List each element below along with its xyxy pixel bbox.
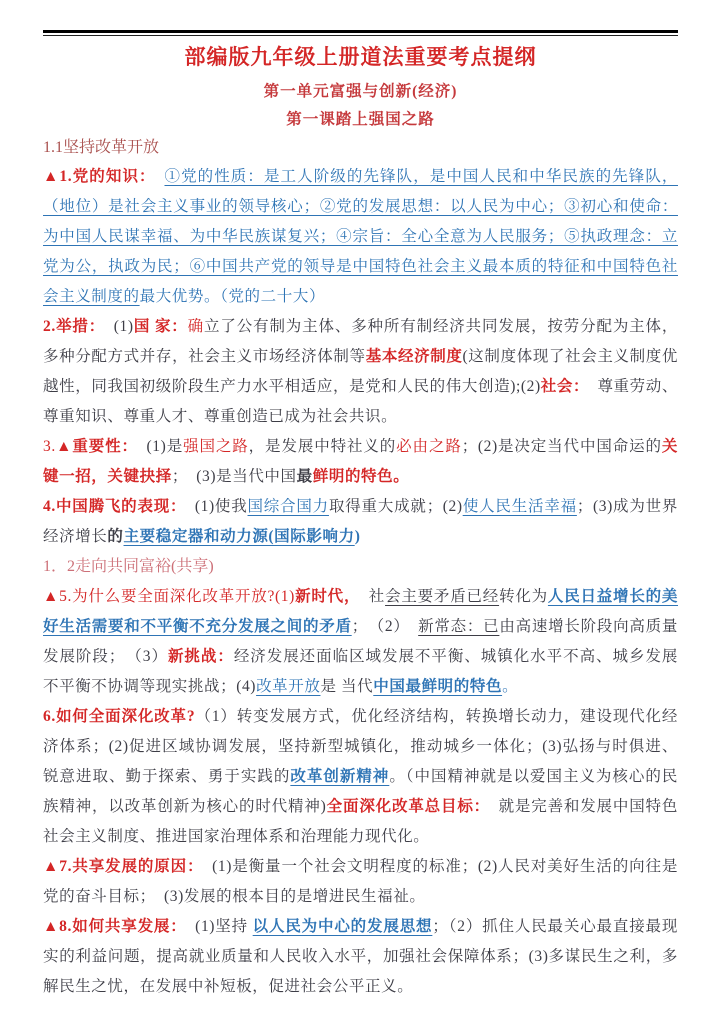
text-run: 重要性： [72, 438, 130, 455]
section-heading-1-2: 1．2走向共同富裕(共享) [43, 552, 678, 582]
text-run: 社会： [541, 378, 582, 395]
text-run: ▲7.共享发展的原因： [43, 858, 196, 875]
text-run: ，是发展中特社义的 [249, 438, 397, 455]
document-content: 部编版九年级上册道法重要考点提纲第一单元富强与创新(经济)第一课踏上强国之路1.… [43, 30, 678, 1002]
text-run: ▲1.党的知识： [43, 168, 148, 185]
text-run: 最大优势。（党的二十大） [140, 288, 325, 305]
text-run: 4.中国腾飞的表现： [43, 498, 179, 515]
text-run: 改革开放 [256, 678, 320, 695]
text-run: 确 [188, 318, 204, 335]
point-7-shared-development-reason: ▲7.共享发展的原因： (1)是衡量一个社会文明程度的标准；(2)人民对美好生活… [43, 852, 678, 912]
lesson-heading: 第一课踏上强国之路 [43, 106, 678, 134]
document-page: 部编版九年级上册道法重要考点提纲第一单元富强与创新(经济)第一课踏上强国之路1.… [0, 0, 720, 1024]
text-run: 主要稳定器和动力源(国际影响力 [124, 528, 355, 545]
text-run: 的 [107, 528, 123, 545]
text-run [148, 168, 165, 185]
text-run: 第一课踏上强国之路 [286, 111, 435, 128]
text-run: 会主要矛盾已经 [385, 588, 499, 605]
text-run: (1)是 [130, 438, 183, 455]
text-run: 1.1坚持改革开放 [43, 139, 159, 156]
point-3-importance: 3.▲重要性： (1)是强国之路，是发展中特社义的必由之路；(2)是决定当代中国… [43, 432, 678, 492]
text-run: 新挑战： [168, 648, 234, 665]
text-run: 最 [297, 468, 313, 485]
point-5-why-deepen-reform: ▲5.为什么要全面深化改革开放?(1)新时代， 社会主要矛盾已经转化为人民日益增… [43, 582, 678, 702]
text-run: 必由之路 [396, 438, 462, 455]
text-run: ；(2)是决定当代中国命运的 [462, 438, 662, 455]
text-run: (1)坚持 [179, 918, 253, 935]
text-run: 改革创新精神 [290, 768, 389, 785]
text-run: 中国最鲜明的特色 [373, 678, 502, 695]
text-run: ； (3)是当代中国 [172, 468, 297, 485]
text-run: 是 当代 [320, 678, 373, 695]
unit-heading: 第一单元富强与创新(经济) [43, 78, 678, 106]
document-body: 部编版九年级上册道法重要考点提纲第一单元富强与创新(经济)第一课踏上强国之路1.… [43, 40, 678, 1002]
text-run: ①党的性质：是工人阶级的先锋队，是中国人民和中华民族的先锋队，（地位）是社会主义… [43, 168, 678, 305]
text-run: 部编版九年级上册道法重要考点提纲 [185, 45, 537, 69]
text-run: 2.举措： [43, 318, 97, 335]
text-run: 新常态：已 [418, 618, 499, 635]
section-heading-1-1: 1.1坚持改革开放 [43, 134, 678, 162]
text-run: 3.▲ [43, 438, 72, 455]
point-8-how-share-development: ▲8.如何共享发展： (1)坚持 以人民为中心的发展思想；（2）抓住人民最关心最… [43, 912, 678, 1002]
text-run: 国 家： [134, 318, 188, 335]
text-run: 社 [352, 588, 385, 605]
point-6-how-deepen-reform: 6.如何全面深化改革?（1）转变发展方式，优化经济结构，转换增长动力，建设现代化… [43, 702, 678, 852]
text-run: 强国之路 [183, 438, 249, 455]
text-run: 以人民为中心的发展思想 [253, 918, 433, 935]
text-run: 国综合国力 [248, 498, 329, 515]
text-run: 基本经济制度 [366, 348, 463, 365]
text-run: 使人民生活幸福 [463, 498, 577, 515]
text-run: 6.如何全面深化改革? [43, 708, 195, 725]
point-4-china-takeoff: 4.中国腾飞的表现： (1)使我国综合国力取得重大成就；(2)使人民生活幸福；(… [43, 492, 678, 552]
text-run: (1) [97, 318, 133, 335]
text-run: 第一单元富强与创新(经济) [264, 83, 458, 100]
text-run: (1)使我 [179, 498, 248, 515]
text-run: 1．2走向共同富裕(共享) [43, 558, 214, 575]
text-run: 全面深化改革总目标： [326, 798, 482, 815]
page-top-border [43, 30, 678, 36]
text-run: ▲8.如何共享发展： [43, 918, 179, 935]
text-run: 转化为 [499, 588, 548, 605]
point-1-party-knowledge: ▲1.党的知识： ①党的性质：是工人阶级的先锋队，是中国人民和中华民族的先锋队，… [43, 162, 678, 312]
text-run: ▲5.为什么要全面深化改革开放?(1) [43, 588, 295, 605]
text-run: ) [355, 528, 361, 545]
text-run: ； （2） [352, 618, 418, 635]
text-run: 。 [502, 678, 518, 695]
text-run: 鲜明的特色。 [313, 468, 410, 485]
text-run: 取得重大成就；(2) [329, 498, 463, 515]
text-run: 新时代， [295, 588, 353, 605]
doc-title: 部编版九年级上册道法重要考点提纲 [43, 40, 678, 74]
point-2-measures: 2.举措： (1)国 家：确立了公有制为主体、多种所有制经济共同发展，按劳分配为… [43, 312, 678, 432]
